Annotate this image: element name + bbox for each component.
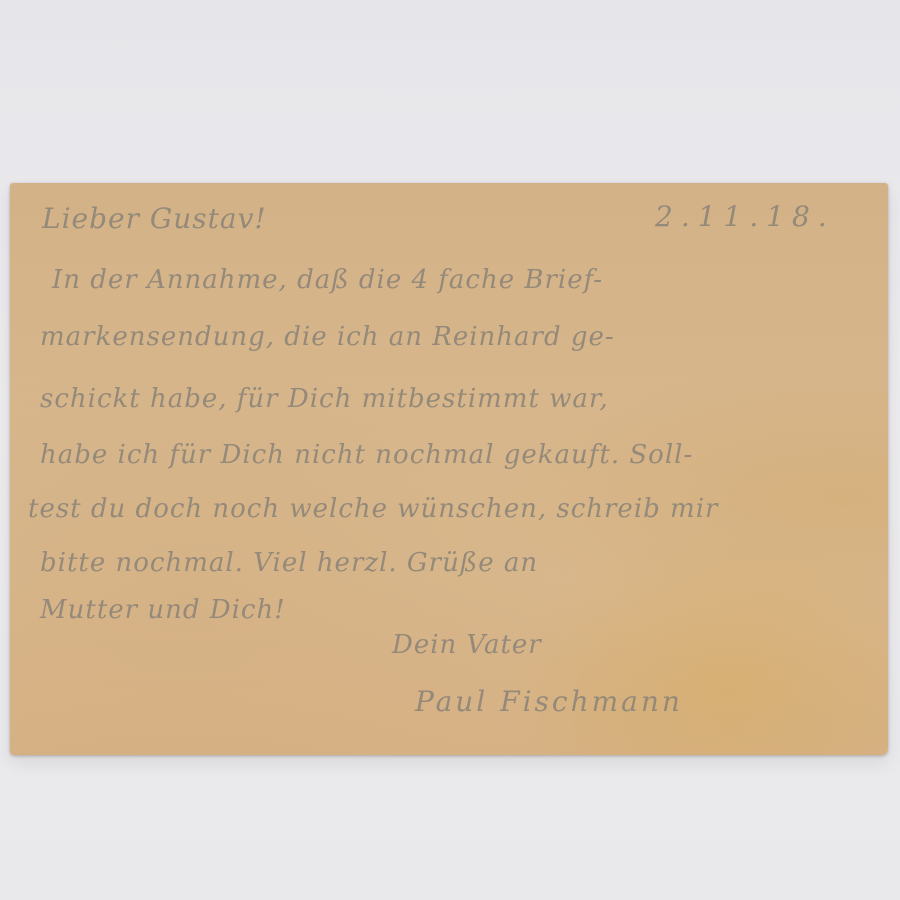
body-line-6: bitte nochmal. Viel herzl. Grüße an bbox=[40, 548, 538, 578]
closing-text: Dein Vater bbox=[392, 630, 542, 660]
greeting-text: Lieber Gustav! bbox=[42, 202, 267, 235]
body-line-3: schickt habe, für Dich mitbestimmt war, bbox=[40, 384, 609, 414]
body-line-4: habe ich für Dich nicht nochmal gekauft.… bbox=[40, 440, 693, 470]
body-line-2: markensendung, die ich an Reinhard ge- bbox=[40, 322, 615, 352]
body-line-7: Mutter und Dich! bbox=[40, 595, 286, 625]
date-text: 2.11.18. bbox=[655, 200, 835, 233]
body-line-5: test du doch noch welche wünschen, schre… bbox=[28, 494, 718, 524]
body-line-1: In der Annahme, daß die 4 fache Brief- bbox=[52, 265, 603, 295]
signature-text: Paul Fischmann bbox=[415, 685, 683, 718]
